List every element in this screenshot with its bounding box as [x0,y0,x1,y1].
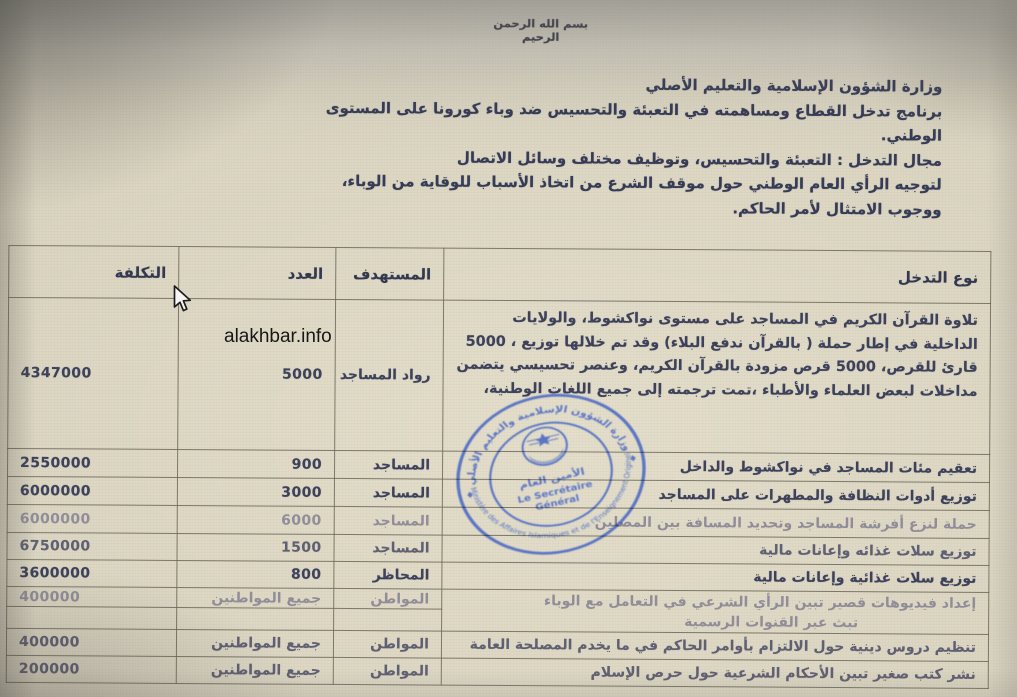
cell-intervention: تنظيم دروس دينية حول الالتزام بأوامر الح… [441,631,988,661]
cell-cost: 4347000 [8,297,179,449]
intervention-line: تبث عبر القنوات الرسمية [454,610,976,633]
table-row: نشر كتب صغير تبين الأحكام الشرعية حول حر… [6,655,988,688]
cell-cost: 200000 [6,655,176,683]
cell-target: المساجد [334,534,442,562]
cell-cost: 2550000 [7,448,177,477]
cell-target: المواطن [334,588,442,609]
column-header-target: المستهدف [336,247,444,300]
cell-cost: 6750000 [7,532,177,560]
cell-count: 3000 [177,477,334,506]
cell-count: 1500 [177,533,334,561]
cell-count: جميع المواطنين [176,656,333,684]
cell-cost: 6000000 [7,476,177,505]
cell-cost: 6000000 [7,504,177,533]
header-line: برنامج تدخل القطاع ومساهمته في التعبئة و… [326,95,943,123]
cell-target: المواطن [333,630,441,658]
table-header-row: نوع التدخل المستهدف العدد التكلفة [9,245,991,303]
cell-target: رواد المساجد [335,299,444,451]
cell-cost: 400000 [6,628,176,656]
header-line: ووجوب الامتثال لأمر الحاكم. [325,194,942,222]
cell-cost [7,606,177,629]
column-header-cost: التكلفة [9,245,179,298]
cell-count: 900 [177,449,334,478]
cell-target: المواطن [333,657,441,685]
cell-target: المساجد [334,478,442,507]
document-header: وزارة الشؤون الإسلامية والتعليم الأصلي ب… [325,71,942,222]
cell-target: المساجد [334,506,442,535]
cell-intervention: إعداد فيديوهات قصير تبين الرأي الشرعي في… [442,589,989,634]
cell-count: 5000 [178,298,336,450]
cell-intervention: نشر كتب صغير تبين الأحكام الشرعية حول حر… [441,658,988,688]
scanned-document: بسم الله الرحمن الرحيم وزارة الشؤون الإس… [0,0,1017,697]
crescent-star-emblem [519,423,571,470]
cell-cost: 3600000 [7,559,177,587]
paper-sheet: بسم الله الرحمن الرحيم وزارة الشؤون الإس… [0,0,1017,697]
column-header-count: العدد [179,246,336,299]
cell-count [177,607,334,630]
cell-count: 6000 [177,505,334,534]
header-line: مجال التدخل : التعبئة والتحسيس، وتوظيف م… [325,145,942,173]
header-line: الوطني. [325,120,942,148]
cell-target [334,608,442,631]
header-line: لتوجيه الرأي العام الوطني حول موقف الشرع… [325,169,942,197]
cell-target: المساجد [334,450,442,479]
mouse-cursor-icon [173,285,195,315]
header-line: وزارة الشؤون الإسلامية والتعليم الأصلي [326,71,943,99]
cell-target: المحاظر [334,561,442,589]
cell-cost: 400000 [7,586,177,607]
cell-count: جميع المواطنين [176,629,333,657]
column-header-intervention: نوع التدخل [444,248,991,303]
site-watermark: alakhbar.info [224,326,332,348]
cell-count: 800 [177,560,334,588]
cell-count: جميع المواطنين [177,587,334,608]
bismillah-text: بسم الله الرحمن الرحيم [485,17,597,44]
